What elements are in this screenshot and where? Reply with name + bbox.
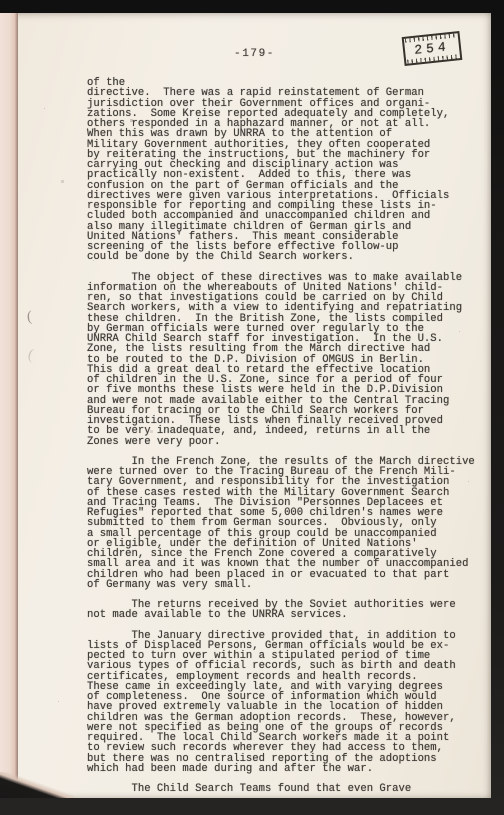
text-line: to review such records wherever they had… [87, 743, 483, 753]
archive-stamp: 254 [402, 31, 463, 66]
page-fold-edge [0, 13, 18, 794]
page-number: -179- [234, 48, 275, 60]
text-line: The Child Search Teams found that even G… [87, 784, 483, 794]
margin-pencil-mark: ( [26, 309, 32, 326]
text-line: Search workers, with a view to identifyi… [87, 303, 483, 313]
document-page: -179- 254 ( ( of thedirective. There was… [0, 13, 491, 798]
text-line: of Germany was very small. [87, 580, 483, 590]
paragraph: The Child Search Teams found that even G… [87, 784, 483, 794]
paper-noise [0, 13, 1, 14]
text-line: could be done by the Child Search worker… [87, 252, 483, 262]
body-text: of thedirective. There was a rapid reins… [87, 78, 483, 798]
scanned-document: -179- 254 ( ( of thedirective. There was… [0, 0, 504, 815]
text-line: or five months these lists were held in … [87, 385, 483, 395]
text-line: Zone, the lists resulting from the March… [87, 344, 483, 354]
text-line: have proved extremely valuable in the lo… [87, 702, 483, 712]
paragraph: of thedirective. There was a rapid reins… [87, 78, 483, 263]
paragraph: The January directive provided that, in … [87, 631, 483, 775]
text-line: which had been made during and after the… [87, 764, 483, 774]
margin-pencil-mark: ( [26, 347, 34, 365]
text-line: cluded both accompanied and unaccompanie… [87, 211, 483, 221]
text-line: tary Government, and responsibility for … [87, 477, 483, 487]
paragraph: The returns received by the Soviet autho… [87, 600, 483, 621]
text-line: directive. There was a rapid reinstateme… [87, 88, 483, 98]
text-line: small area and it was known that the num… [87, 559, 483, 569]
text-line: When this was drawn by UNRRA to the atte… [87, 129, 483, 139]
text-line: to be very inadequate, and, indeed, retu… [87, 426, 483, 436]
text-line: submitted to them from German sources. O… [87, 518, 483, 528]
text-line: various types of official records, such … [87, 661, 483, 671]
page-corner-curl [0, 772, 74, 798]
text-line: practically non-existent. Added to this,… [87, 170, 483, 180]
paragraph: In the French Zone, the results of the M… [87, 457, 483, 590]
paragraph: The object of these directives was to ma… [87, 273, 483, 447]
text-line: Zones were very poor. [87, 437, 483, 447]
text-line: not made available to the UNRRA services… [87, 610, 483, 620]
